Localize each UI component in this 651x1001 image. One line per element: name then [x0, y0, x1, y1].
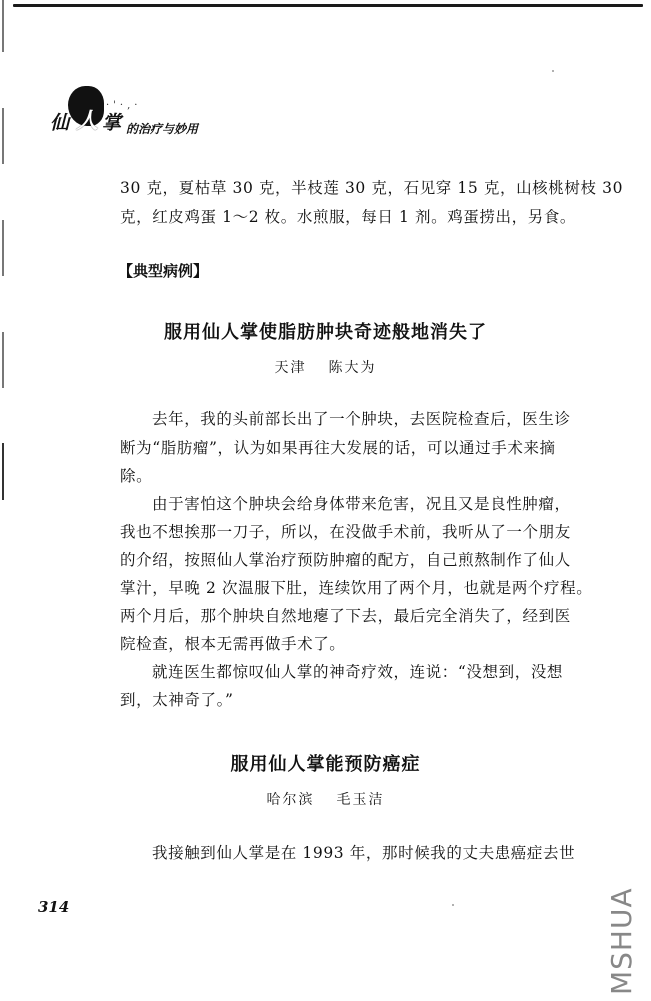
- article-title: 服用仙人掌使脂肪肿块奇迹般地消失了: [0, 318, 651, 344]
- left-edge-mark: [2, 0, 4, 52]
- paragraph-line: 到，太神奇了。”: [120, 690, 600, 710]
- paragraph-line: 掌汁，早晚 2 次温服下肚，连续饮用了两个月，也就是两个疗程。: [120, 578, 600, 598]
- article-byline: 哈尔滨毛玉洁: [0, 789, 651, 809]
- logo-char: 人: [76, 104, 98, 135]
- recipe-line: 30 克，夏枯草 30 克，半枝莲 30 克，石见穿 15 克，山核桃树枝 30: [120, 178, 600, 198]
- speck: [552, 70, 554, 72]
- author-location: 天津: [275, 360, 307, 376]
- paragraph-line: 由于害怕这个肿块会给身体带来危害，况且又是良性肿瘤，: [152, 494, 600, 514]
- left-edge-mark: [2, 443, 4, 500]
- author-location: 哈尔滨: [267, 792, 315, 808]
- paragraph-line: 的介绍，按照仙人掌治疗预防肿瘤的配方，自己煎熬制作了仙人: [120, 550, 600, 570]
- paragraph-line: 我接触到仙人掌是在 1993 年，那时候我的丈夫患癌症去世: [152, 843, 600, 863]
- paragraph-line: 两个月后，那个肿块自然地瘪了下去，最后完全消失了，经到医: [120, 606, 600, 626]
- logo-char: 掌: [102, 108, 121, 135]
- book-logo: ·'·,· 仙 人 掌 的治疗与妙用: [48, 80, 238, 150]
- paragraph-line: 院检查，根本无需再做手术了。: [120, 634, 600, 654]
- watermark: MSHUA: [605, 895, 645, 995]
- section-label: 【典型病例】: [118, 260, 208, 281]
- paragraph-line: 我也不想挨那一刀子，所以，在没做手术前，我听从了一个朋友: [120, 522, 600, 542]
- paragraph-line: 就连医生都惊叹仙人掌的神奇疗效，连说：“没想到，没想: [152, 662, 600, 682]
- logo-char: 仙: [50, 108, 69, 135]
- paragraph-line: 除。: [120, 466, 600, 486]
- logo-subtitle: 的治疗与妙用: [126, 120, 198, 137]
- article-title: 服用仙人掌能预防癌症: [0, 750, 651, 776]
- paragraph-line: 断为“脂肪瘤”，认为如果再往大发展的话，可以通过手术来摘: [120, 438, 600, 458]
- author-name: 毛玉洁: [337, 792, 385, 808]
- page-number: 314: [38, 898, 69, 916]
- article-byline: 天津陈大为: [0, 357, 651, 377]
- left-edge-mark: [2, 108, 4, 164]
- speck: [452, 904, 454, 906]
- recipe-line: 克，红皮鸡蛋 1～2 枚。水煎服，每日 1 剂。鸡蛋捞出，另食。: [120, 207, 600, 227]
- paragraph-line: 去年，我的头前部长出了一个肿块，去医院检查后，医生诊: [152, 409, 600, 429]
- left-edge-mark: [2, 220, 4, 276]
- top-rule: [13, 4, 643, 7]
- author-name: 陈大为: [329, 360, 377, 376]
